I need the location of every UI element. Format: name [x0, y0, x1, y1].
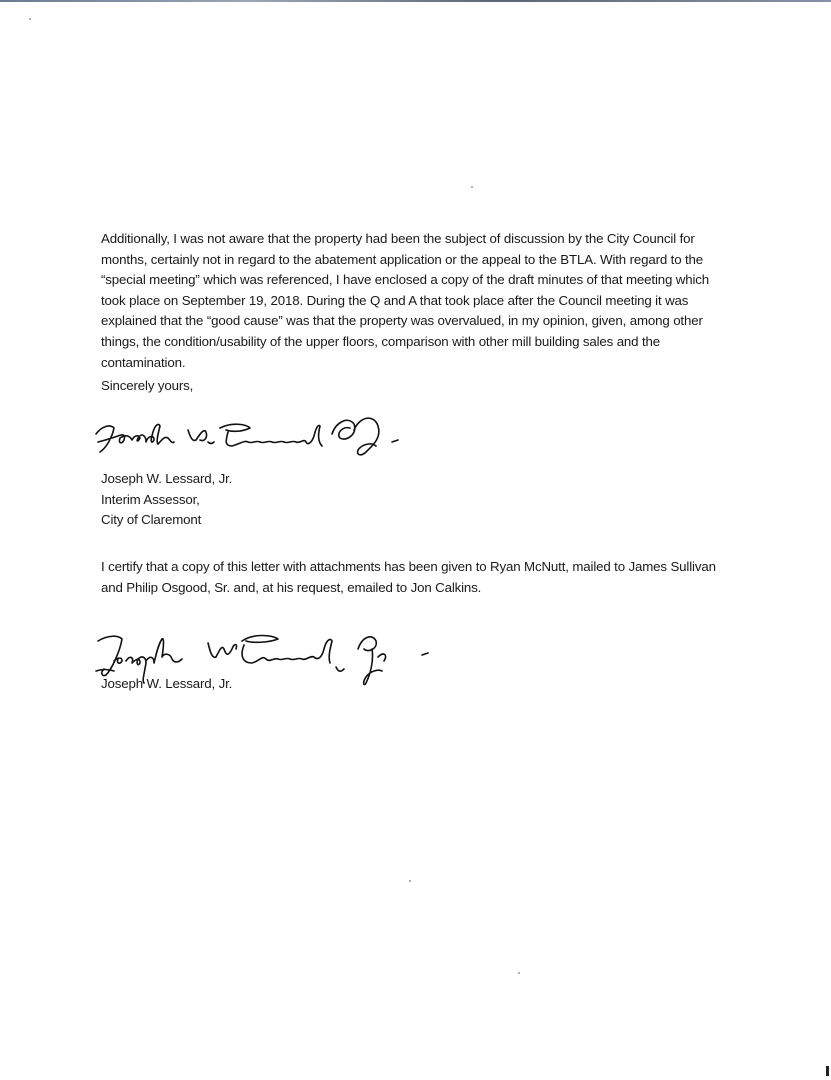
certification-paragraph: I certify that a copy of this letter wit…	[101, 557, 721, 598]
signer-block: Joseph W. Lessard, Jr. Interim Assessor,…	[101, 469, 232, 531]
body-paragraph: Additionally, I was not aware that the p…	[101, 229, 731, 373]
signer-organization: City of Claremont	[101, 510, 232, 531]
scan-speck	[471, 186, 473, 188]
scan-top-edge	[0, 0, 831, 2]
signer-title: Interim Assessor,	[101, 490, 232, 511]
scan-corner-artifact	[826, 1066, 829, 1076]
signer-name: Joseph W. Lessard, Jr.	[101, 469, 232, 490]
scan-speck	[29, 18, 31, 20]
signature-icon	[92, 412, 412, 462]
certification-signer-name: Joseph W. Lessard, Jr.	[101, 674, 232, 695]
scan-speck	[518, 972, 520, 974]
closing-salutation: Sincerely yours,	[101, 376, 193, 397]
scan-speck	[409, 880, 411, 882]
